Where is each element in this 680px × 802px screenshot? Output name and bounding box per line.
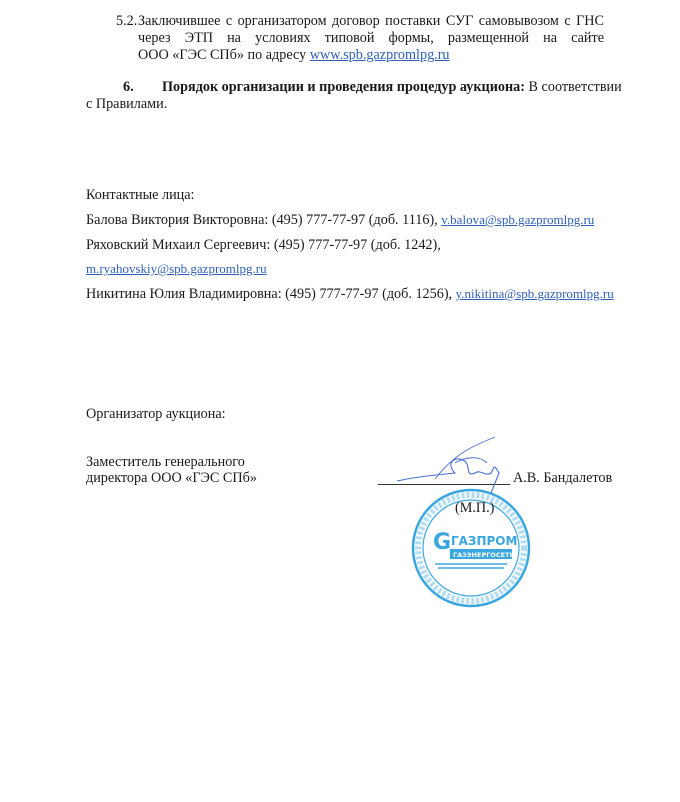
contact-nikitina: Никитина Юлия Владимировна: (495) 777-77… [86, 286, 614, 303]
signer-name: А.В. Бандалетов [513, 470, 612, 487]
handwritten-signature-icon [395, 433, 525, 493]
section-5-2-line2: через ЭТП на условиях типовой формы, раз… [138, 30, 604, 47]
organizer-label: Организатор аукциона: [86, 406, 226, 423]
svg-text:ГАЗПРОМ: ГАЗПРОМ [451, 534, 517, 548]
section-5-2-line3: ООО «ГЭС СПб» по адресу www.spb.gazproml… [138, 47, 450, 64]
email-link[interactable]: m.ryahovskiy@spb.gazpromlpg.ru [86, 261, 267, 276]
contact-text: Балова Виктория Викторовна: (495) 777-77… [86, 212, 441, 228]
email-link[interactable]: v.balova@spb.gazpromlpg.ru [441, 212, 594, 227]
position-line1: Заместитель генерального [86, 454, 245, 471]
seal-label: (М.П.) [455, 500, 494, 517]
position-line2: директора ООО «ГЭС СПб» [86, 470, 257, 487]
svg-text:G: G [433, 530, 451, 555]
section-6-title: Порядок организации и проведения процеду… [162, 79, 525, 95]
site-link[interactable]: www.spb.gazpromlpg.ru [310, 47, 450, 63]
contact-text: Ряховский Михаил Сергеевич: (495) 777-77… [86, 237, 441, 253]
section-6-text: В соответствии [525, 79, 622, 95]
section-5-2-line3-prefix: ООО «ГЭС СПб» по адресу [138, 47, 310, 63]
contacts-heading: Контактные лица: [86, 187, 195, 204]
contact-balova: Балова Виктория Викторовна: (495) 777-77… [86, 212, 594, 229]
contact-ryahovskiy: Ряховский Михаил Сергеевич: (495) 777-77… [86, 237, 441, 254]
email-link[interactable]: y.nikitina@spb.gazpromlpg.ru [456, 286, 614, 301]
section-6-line2: с Правилами. [86, 96, 167, 113]
section-6-number: 6. [123, 79, 134, 96]
section-5-2-number: 5.2. [116, 13, 137, 30]
svg-text:ГАЗЭНЕРГОСЕТЬ: ГАЗЭНЕРГОСЕТЬ [453, 551, 515, 559]
contact-text: Никитина Юлия Владимировна: (495) 777-77… [86, 286, 456, 302]
contact-ryahovskiy-email: m.ryahovskiy@spb.gazpromlpg.ru [86, 261, 267, 278]
section-5-2-line1: Заключившее с организатором договор пост… [138, 13, 604, 30]
section-6-line1: Порядок организации и проведения процеду… [162, 79, 622, 96]
